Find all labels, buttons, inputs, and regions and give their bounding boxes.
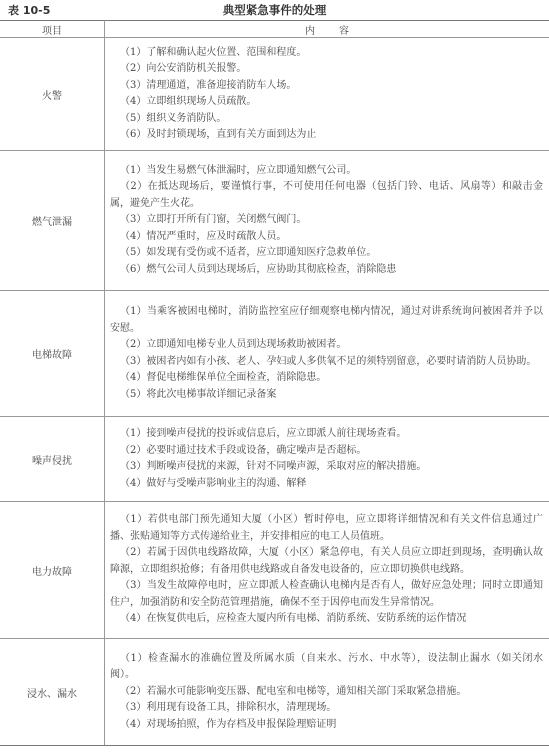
list-item: （4）立即组织现场人员疏散。 bbox=[110, 94, 543, 111]
row-item-elevator: 电梯故障 bbox=[0, 291, 105, 417]
list-item: （1）检查漏水的准确位置及所属水质（自来水、污水、中水等），设法制止漏水（如关闭… bbox=[110, 651, 543, 684]
table-row-power: 电力故障 （1）若供电部门预先通知大厦（小区）暂时停电，应立即将详细情况和有关文… bbox=[0, 502, 549, 639]
list-item: （3）判断噪声侵扰的来源，针对不同噪声源，采取对应的解决措施。 bbox=[110, 459, 543, 476]
list-item: （1）当发生易燃气体泄漏时，应立即通知燃气公司。 bbox=[110, 163, 543, 180]
list-item: （2）立即通知电梯专业人员到达现场救助被困者。 bbox=[110, 337, 543, 354]
header-content: 内容 bbox=[105, 21, 549, 38]
list-item: （3）被困者内如有小孩、老人、孕妇或人多供氧不足的须特别留意，必要时请消防人员协… bbox=[110, 354, 543, 371]
row-item-gas-leak: 燃气泄漏 bbox=[0, 151, 105, 291]
list-item: （6）燃气公司人员到达现场后，应协助其彻底检查，消除隐患 bbox=[110, 262, 543, 279]
row-content-fire: （1）了解和确认起火位置、范围和程度。 （2）向公安消防机关报警。 （3）清理通… bbox=[105, 38, 549, 151]
list-item: （3）立即打开所有门窗，关闭燃气阀门。 bbox=[110, 212, 543, 229]
list-item: （1）若供电部门预先通知大厦（小区）暂时停电，应立即将详细情况和有关文件信息通过… bbox=[110, 512, 543, 545]
list-item: （4）在恢复供电后，应检查大厦内所有电梯、消防系统、安防系统的运作情况 bbox=[110, 611, 543, 628]
list-item: （2）向公安消防机关报警。 bbox=[110, 61, 543, 78]
row-content-gas-leak: （1）当发生易燃气体泄漏时，应立即通知燃气公司。 （2）在抵达现场后，要谨慎行事… bbox=[105, 151, 549, 291]
emergency-handling-table: 项目 内容 火警 （1）了解和确认起火位置、范围和程度。 （2）向公安消防机关报… bbox=[0, 20, 549, 746]
table-row-noise: 噪声侵扰 （1）接到噪声侵扰的投诉或信息后，应立即派人前往现场查看。 （2）必要… bbox=[0, 417, 549, 502]
row-content-noise: （1）接到噪声侵扰的投诉或信息后，应立即派人前往现场查看。 （2）必要时通过技术… bbox=[105, 417, 549, 502]
row-item-water: 浸水、漏水 bbox=[0, 639, 105, 746]
list-item: （1）当乘客被困电梯时，消防监控室应仔细观察电梯内情况，通过对讲系统询问被困者并… bbox=[110, 304, 543, 337]
header-item: 项目 bbox=[0, 21, 105, 38]
table-row-elevator: 电梯故障 （1）当乘客被困电梯时，消防监控室应仔细观察电梯内情况，通过对讲系统询… bbox=[0, 291, 549, 417]
table-row-water: 浸水、漏水 （1）检查漏水的准确位置及所属水质（自来水、污水、中水等），设法制止… bbox=[0, 639, 549, 746]
table-row-gas-leak: 燃气泄漏 （1）当发生易燃气体泄漏时，应立即通知燃气公司。 （2）在抵达现场后，… bbox=[0, 151, 549, 291]
list-item: （2）若漏水可能影响变压器、配电室和电梯等，通知相关部门采取紧急措施。 bbox=[110, 684, 543, 701]
list-item: （2）必要时通过技术手段或设备，确定噪声是否超标。 bbox=[110, 443, 543, 460]
header-row: 项目 内容 bbox=[0, 21, 549, 38]
list-item: （5）如发现有受伤或不适者，应立即通知医疗急救单位。 bbox=[110, 245, 543, 262]
table-row-fire: 火警 （1）了解和确认起火位置、范围和程度。 （2）向公安消防机关报警。 （3）… bbox=[0, 38, 549, 151]
row-item-noise: 噪声侵扰 bbox=[0, 417, 105, 502]
row-item-power: 电力故障 bbox=[0, 502, 105, 639]
list-item: （2）若属于因供电线路故障，大厦（小区）紧急停电，有关人员应立即赶到现场，查明确… bbox=[110, 545, 543, 578]
list-item: （3）当发生故障停电时，应立即派人检查确认电梯内是否有人，做好应急处理；同时立即… bbox=[110, 578, 543, 611]
list-item: （5）组织义务消防队。 bbox=[110, 111, 543, 128]
row-content-power: （1）若供电部门预先通知大厦（小区）暂时停电，应立即将详细情况和有关文件信息通过… bbox=[105, 502, 549, 639]
header-content-b: 容 bbox=[339, 26, 349, 37]
list-item: （4）做好与受噪声影响业主的沟通、解释 bbox=[110, 476, 543, 493]
list-item: （3）利用现有设备工具，排除积水，清理现场。 bbox=[110, 700, 543, 717]
list-item: （4）对现场拍照，作为存档及申报保险理赔证明 bbox=[110, 717, 543, 734]
row-content-elevator: （1）当乘客被困电梯时，消防监控室应仔细观察电梯内情况，通过对讲系统询问被困者并… bbox=[105, 291, 549, 417]
row-content-water: （1）检查漏水的准确位置及所属水质（自来水、污水、中水等），设法制止漏水（如关闭… bbox=[105, 639, 549, 746]
list-item: （3）清理通道，准备迎接消防车人场。 bbox=[110, 78, 543, 95]
list-item: （6）及时封锁现场，直到有关方面到达为止 bbox=[110, 127, 543, 144]
list-item: （1）接到噪声侵扰的投诉或信息后，应立即派人前往现场查看。 bbox=[110, 426, 543, 443]
list-item: （1）了解和确认起火位置、范围和程度。 bbox=[110, 45, 543, 62]
row-item-fire: 火警 bbox=[0, 38, 105, 151]
table-title: 典型紧急事件的处理 bbox=[0, 2, 549, 18]
list-item: （2）在抵达现场后，要谨慎行事，不可使用任何电器（包括门铃、电话、风扇等）和敲击… bbox=[110, 179, 543, 212]
list-item: （5）将此次电梯事故详细记录备案 bbox=[110, 387, 543, 404]
header-content-a: 内 bbox=[305, 26, 315, 37]
table-caption: 表 10-5 典型紧急事件的处理 bbox=[0, 0, 549, 18]
list-item: （4）督促电梯维保单位全面检查，消除隐患。 bbox=[110, 370, 543, 387]
list-item: （4）情况严重时，应及时疏散人员。 bbox=[110, 229, 543, 246]
